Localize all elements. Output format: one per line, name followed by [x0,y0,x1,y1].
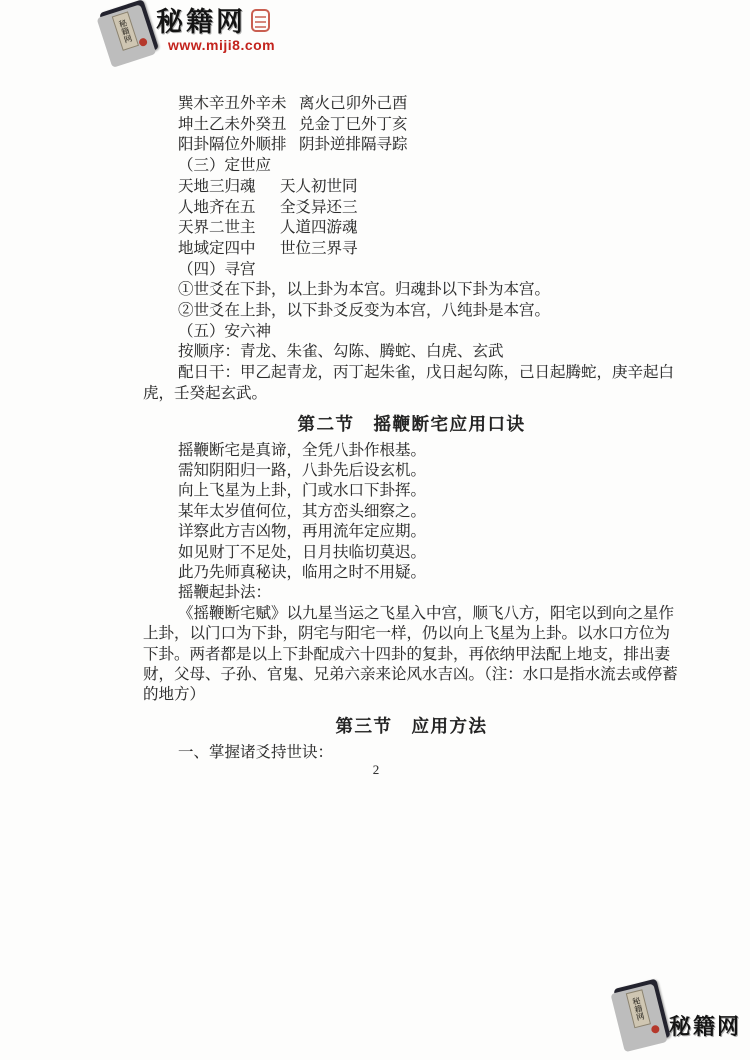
verse-left: 天界二世主 [178,218,280,239]
document-content: 巽木辛丑外辛未离火己卯外己酉 坤土乙未外癸丑兑金丁巳外丁亥 阳卦隔位外顺排阴卦逆… [143,94,680,763]
shiying-verse-row: 天界二世主人道四游魂 [143,218,680,239]
site-name-calligraphy: 秘籍网 [669,1015,741,1039]
section3-first-line: 一、掌握诸爻持世诀： [143,743,680,763]
verse-right: 天人初世同 [280,178,358,195]
koujue-verse-line: 摇鞭断宅是真谛，全凭八卦作根基。 [143,441,680,461]
qigua-method-label: 摇鞭起卦法： [143,583,680,603]
watermark-text-block: 秘籍网 www.miji8.com [156,2,275,53]
book-logo-icon: 秘籍网 [99,0,159,63]
xungong-rule-1: ①世爻在下卦，以上卦为本宫。归魂卦以下卦为本宫。 [143,280,680,301]
liushen-daygan-paragraph: 配日干：甲乙起青龙，丙丁起朱雀，戊日起勾陈，己日起腾蛇，庚辛起白虎，壬癸起玄武。 [143,363,680,404]
shiying-verse-row: 地域定四中世位三界寻 [143,239,680,260]
koujue-verse-line: 此乃先师真秘诀，临用之时不用疑。 [143,563,680,583]
verse-right: 阴卦逆排隔寻踪 [299,136,408,153]
section2-body: 摇鞭断宅是真谛，全凭八卦作根基。 需知阴阳归一路，八卦先后设玄机。 向上飞星为上… [143,441,680,706]
book-cover-label: 秘籍网 [112,11,139,50]
section3-heading: 第三节 应用方法 [143,713,680,739]
koujue-verse-line: 需知阴阳归一路，八卦先后设玄机。 [143,461,680,481]
site-url-text: www.miji8.com [168,37,275,53]
najia-verse-row: 巽木辛丑外辛未离火己卯外己酉 [143,94,680,115]
miji-watermark-top: 秘籍网 秘籍网 www.miji8.com [106,2,275,57]
verse-left: 地域定四中 [178,239,280,260]
section1-remainder: 巽木辛丑外辛未离火己卯外己酉 坤土乙未外癸丑兑金丁巳外丁亥 阳卦隔位外顺排阴卦逆… [143,94,680,405]
book-seal-dot-icon [138,37,148,47]
page-number: 2 [366,762,386,778]
subsection-heading-anliushen: （五）安六神 [143,322,680,343]
verse-left: 人地齐在五 [178,198,280,219]
section2-heading: 第二节 摇鞭断宅应用口诀 [143,411,680,437]
verse-left: 坤土乙未外癸丑 [178,115,299,136]
shiying-verse-row: 人地齐在五全爻异还三 [143,198,680,219]
site-name-calligraphy: 秘籍网 [156,8,246,36]
verse-right: 离火己卯外己酉 [299,95,408,112]
koujue-verse-line: 某年太岁值何位，其方峦头细察之。 [143,502,680,522]
shiying-verse-row: 天地三归魂天人初世同 [143,177,680,198]
book-cover-label: 秘籍网 [626,989,651,1028]
qigua-method-paragraph: 《摇鞭断宅赋》以九星当运之飞星入中宫，顺飞八方，阳宅以到向之星作上卦，以门口为下… [143,604,680,706]
xungong-rule-2: ②世爻在上卦，以下卦爻反变为本宫，八纯卦是本宫。 [143,301,680,322]
liushen-order-line: 按顺序：青龙、朱雀、勾陈、腾蛇、白虎、玄武 [143,342,680,363]
miji-watermark-bottom: 秘籍网 秘籍网 [620,983,741,1043]
koujue-verse-line: 详察此方吉凶物，再用流年定应期。 [143,522,680,542]
verse-right: 全爻异还三 [280,199,358,216]
najia-verse-row: 坤土乙未外癸丑兑金丁巳外丁亥 [143,115,680,136]
book-seal-dot-icon [650,1024,660,1034]
verse-right: 世位三界寻 [280,240,358,257]
verse-left: 天地三归魂 [178,177,280,198]
verse-right: 兑金丁巳外丁亥 [299,116,408,133]
verse-right: 人道四游魂 [280,219,358,236]
subsection-heading-xungong: （四）寻宫 [143,260,680,281]
red-seal-icon [251,9,270,32]
koujue-verse-line: 如见财丁不足处，日月扶临切莫迟。 [143,543,680,563]
verse-left: 阳卦隔位外顺排 [178,135,299,156]
subsection-heading-dingshiying: （三）定世应 [143,156,680,177]
najia-verse-row: 阳卦隔位外顺排阴卦逆排隔寻踪 [143,135,680,156]
verse-left: 巽木辛丑外辛未 [178,94,299,115]
koujue-verse-line: 向上飞星为上卦，门或水口下卦挥。 [143,481,680,501]
book-logo-icon: 秘籍网 [613,979,670,1048]
scanned-document-page: 秘籍网 秘籍网 www.miji8.com 巽木辛丑外辛未离火己卯外己酉 坤土乙… [0,0,750,1060]
